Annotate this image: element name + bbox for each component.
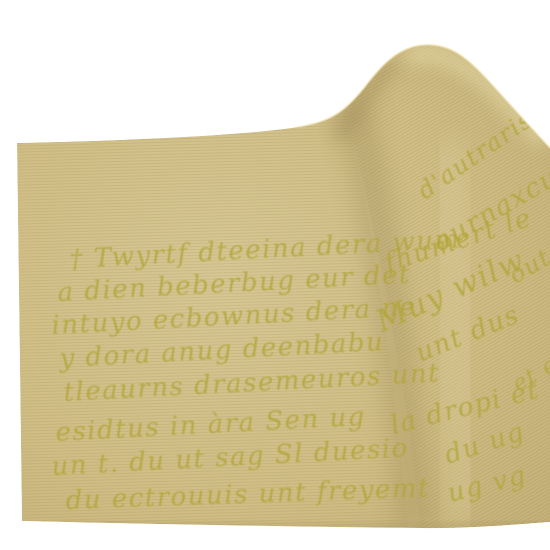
photo-canvas: † Twyrtf dteeina dera wum a dien beberbu… [0,0,550,550]
photo-kraft-paper-roll: † Twyrtf dteeina dera wum a dien beberbu… [0,0,550,550]
